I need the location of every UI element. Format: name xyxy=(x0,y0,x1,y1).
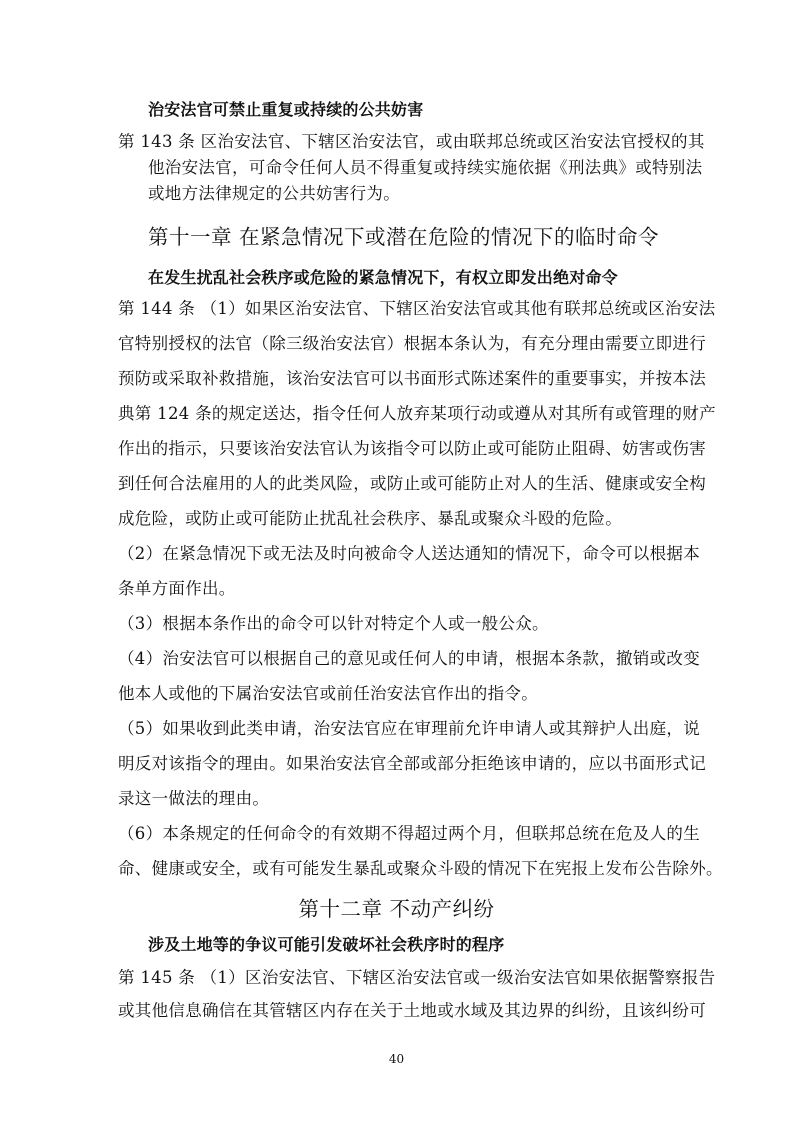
section-144-line-15: 录这一做法的理由。 xyxy=(118,789,269,809)
document-page: 治安法官可禁止重复或持续的公共妨害 第 143 条 区治安法官、下辖区治安法官，… xyxy=(0,0,793,1122)
section-144-line-16: （6）本条规定的任何命令的有效期不得超过两个月，但联邦总统在危及人的生 xyxy=(118,824,700,844)
section-145-heading: 涉及土地等的争议可能引发破坏社会秩序时的程序 xyxy=(148,935,504,955)
section-144-line-6: 到任何合法雇用的人的此类风险，或防止或可能防止对人的生活、健康或安全构 xyxy=(118,474,706,494)
page-number: 40 xyxy=(0,1052,793,1066)
section-144-line-7: 成危险，或防止或可能防止扰乱社会秩序、暴乱或聚众斗殴的危险。 xyxy=(118,509,622,529)
section-143-line-2: 他治安法官，可命令任何人员不得重复或持续实施依据《刑法典》或特别法 xyxy=(148,158,702,178)
section-143-heading: 治安法官可禁止重复或持续的公共妨害 xyxy=(148,100,423,120)
section-144-line-12: 他本人或他的下属治安法官或前任治安法官作出的指令。 xyxy=(118,684,538,704)
section-144-line-3: 预防或采取补救措施，该治安法官可以书面形式陈述案件的重要事实，并按本法 xyxy=(118,369,706,389)
chapter-12-title: 第十二章 不动产纠纷 xyxy=(0,896,793,922)
section-144-line-4: 典第 124 条的规定送达，指令任何人放弃某项行动或遵从对其所有或管理的财产 xyxy=(118,404,716,424)
section-144-line-10: （3）根据本条作出的命令可以针对特定个人或一般公众。 xyxy=(118,614,549,634)
section-143-line-3: 或地方法律规定的公共妨害行为。 xyxy=(148,184,400,204)
section-144-line-9: 条单方面作出。 xyxy=(118,579,236,599)
section-144-line-8: （2）在紧急情况下或无法及时向被命令人送达通知的情况下，命令可以根据本 xyxy=(118,544,700,564)
section-144-heading: 在发生扰乱社会秩序或危险的紧急情况下，有权立即发出绝对命令 xyxy=(148,268,618,288)
section-144-line-5: 作出的指示，只要该治安法官认为该指令可以防止或可能防止阻碍、妨害或伤害 xyxy=(118,439,706,459)
section-144-line-17: 命、健康或安全，或有可能发生暴乱或聚众斗殴的情况下在宪报上发布公告除外。 xyxy=(118,859,723,879)
section-143-line-1: 第 143 条 区治安法官、下辖区治安法官，或由联邦总统或区治安法官授权的其 xyxy=(118,132,705,152)
section-144-line-11: （4）治安法官可以根据自己的意见或任何人的申请，根据本条款，撤销或改变 xyxy=(118,649,700,669)
section-145-line-2: 或其他信息确信在其管辖区内存在关于土地或水域及其边界的纠纷，且该纠纷可 xyxy=(118,1001,706,1021)
section-144-line-2: 官特别授权的法官（除三级治安法官）根据本条认为，有充分理由需要立即进行 xyxy=(118,334,706,354)
section-144-line-13: （5）如果收到此类申请，治安法官应在审理前允许申请人或其辩护人出庭，说 xyxy=(118,719,700,739)
chapter-11-title: 第十一章 在紧急情况下或潜在危险的情况下的临时命令 xyxy=(148,224,659,250)
section-144-line-1: 第 144 条 （1）如果区治安法官、下辖区治安法官或其他有联邦总统或区治安法 xyxy=(118,299,715,319)
section-145-line-1: 第 145 条 （1）区治安法官、下辖区治安法官或一级治安法官如果依据警察报告 xyxy=(118,968,715,988)
section-144-line-14: 明反对该指令的理由。如果治安法官全部或部分拒绝该申请的，应以书面形式记 xyxy=(118,754,706,774)
